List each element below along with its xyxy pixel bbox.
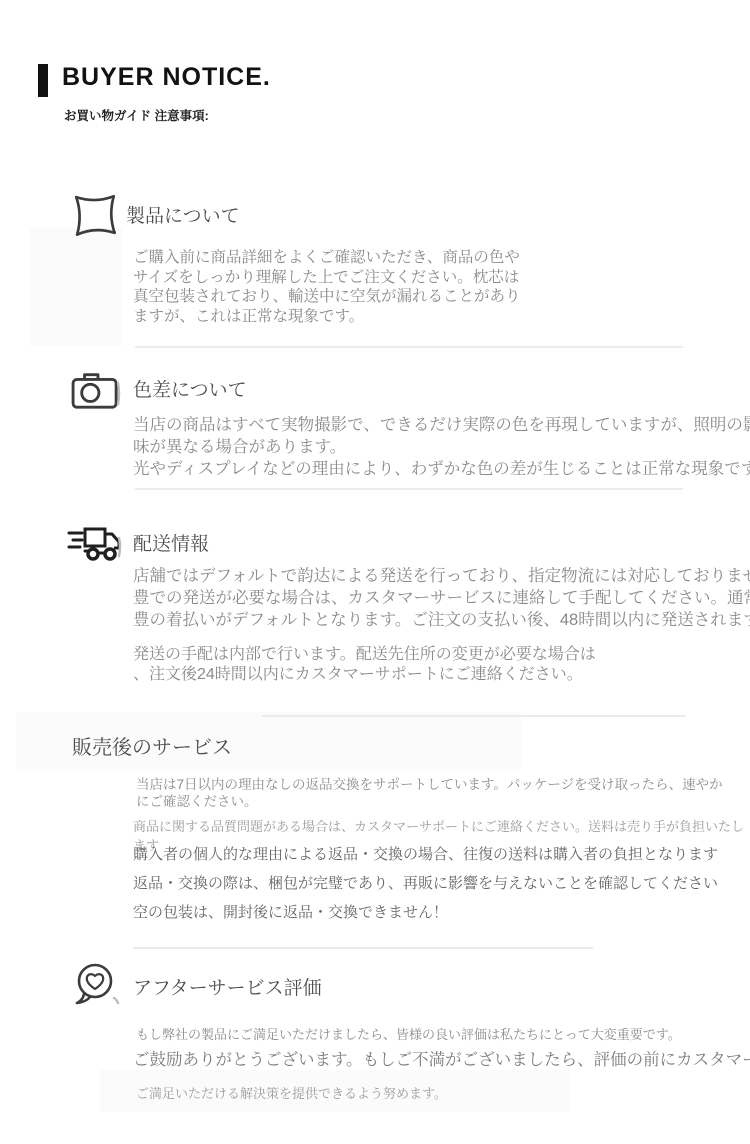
section-heading-review: アフターサービス評価: [133, 973, 322, 1000]
buyer-notice-page: BUYER NOTICE. お買い物ガイド 注意事項: 製品について ご購入前に…: [0, 0, 750, 1144]
after-sales-intro: 当店は7日以内の理由なしの返品交換をサポートしています。パッケージを受け取ったら…: [136, 776, 723, 810]
title-accent-bar: [38, 64, 48, 97]
body-line: ますが、これは正常な現象です。: [133, 307, 521, 327]
section-divider: [262, 715, 686, 717]
body-line: サイズをしっかり理解した上でご注文ください。枕芯は: [133, 268, 521, 288]
body-line: 光やディスプレイなどの理由により、わずかな色の差が生じることは正常な現象です。: [133, 458, 750, 480]
camera-icon: [70, 368, 124, 417]
shipping-paragraph-1: 店舗ではデフォルトで韵达による発送を行っており、指定物流には対応しておりません。…: [133, 565, 750, 631]
pillow-icon: [70, 190, 120, 245]
body-line: 発送の手配は内部で行います。配送先住所の変更が必要な場合は: [133, 645, 596, 665]
section-heading-color: 色差について: [133, 375, 247, 402]
page-subtitle: お買い物ガイド 注意事項:: [64, 106, 209, 124]
body-line: 店舗ではデフォルトで韵达による発送を行っており、指定物流には対応しておりません。…: [133, 565, 750, 587]
section-divider: [135, 346, 683, 348]
section-divider: [133, 947, 593, 949]
section-heading-after-sales: 販売後のサービス: [72, 731, 232, 760]
body-line: 豊の着払いがデフォルトとなります。ご注文の支払い後、48時間以内に発送されます。: [133, 609, 750, 631]
body-line: 当店の商品はすべて実物撮影で、できるだけ実際の色を再現していますが、照明の影響で…: [133, 414, 750, 436]
heart-bubble-icon: [70, 960, 122, 1015]
body-line: 味が異なる場合があります。: [133, 436, 750, 458]
body-line: ご購入前に商品詳細をよくご確認いただき、商品の色や: [133, 248, 521, 268]
page-title: BUYER NOTICE.: [62, 63, 271, 92]
after-sales-point: 返品・交換の際は、梱包が完璧であり、再販に影響を与えないことを確認してください: [133, 872, 718, 893]
truck-icon: [66, 520, 124, 571]
body-line: 豊での発送が必要な場合は、カスタマーサービスに連絡して手配してください。通常、順: [133, 587, 750, 609]
body-line: 、注文後24時間以内にカスタマーサポートにご連絡ください。: [133, 665, 596, 685]
section-body-product: ご購入前に商品詳細をよくご確認いただき、商品の色や サイズをしっかり理解した上で…: [133, 248, 521, 326]
after-sales-point: 購入者の個人的な理由による返品・交換の場合、往復の送料は購入者の負担となります: [133, 843, 718, 864]
background-tint: [30, 228, 122, 346]
review-line-small: もし弊社の製品にご満足いただけましたら、皆様の良い評価は私たちにとって大変重要で…: [136, 1024, 681, 1043]
shipping-paragraph-2: 発送の手配は内部で行います。配送先住所の変更が必要な場合は 、注文後24時間以内…: [133, 645, 596, 684]
review-line-small: ご満足いただける解決策を提供できるよう努めます。: [136, 1083, 447, 1102]
body-line: 当店は7日以内の理由なしの返品交換をサポートしています。パッケージを受け取ったら…: [136, 776, 723, 793]
section-body-color: 当店の商品はすべて実物撮影で、できるだけ実際の色を再現していますが、照明の影響で…: [133, 414, 750, 480]
section-heading-shipping: 配送情報: [133, 529, 209, 556]
body-line: にご確認ください。: [136, 793, 723, 810]
review-line-main: ご鼓励ありがとうございます。もしご不満がございましたら、評価の前にカスタマーサ: [133, 1046, 750, 1070]
section-divider: [135, 488, 683, 490]
body-line: 真空包装されており、輸送中に空気が漏れることがあり: [133, 287, 521, 307]
section-heading-product: 製品について: [126, 201, 240, 228]
after-sales-point: 空の包装は、開封後に返品・交換できません！: [133, 901, 448, 922]
